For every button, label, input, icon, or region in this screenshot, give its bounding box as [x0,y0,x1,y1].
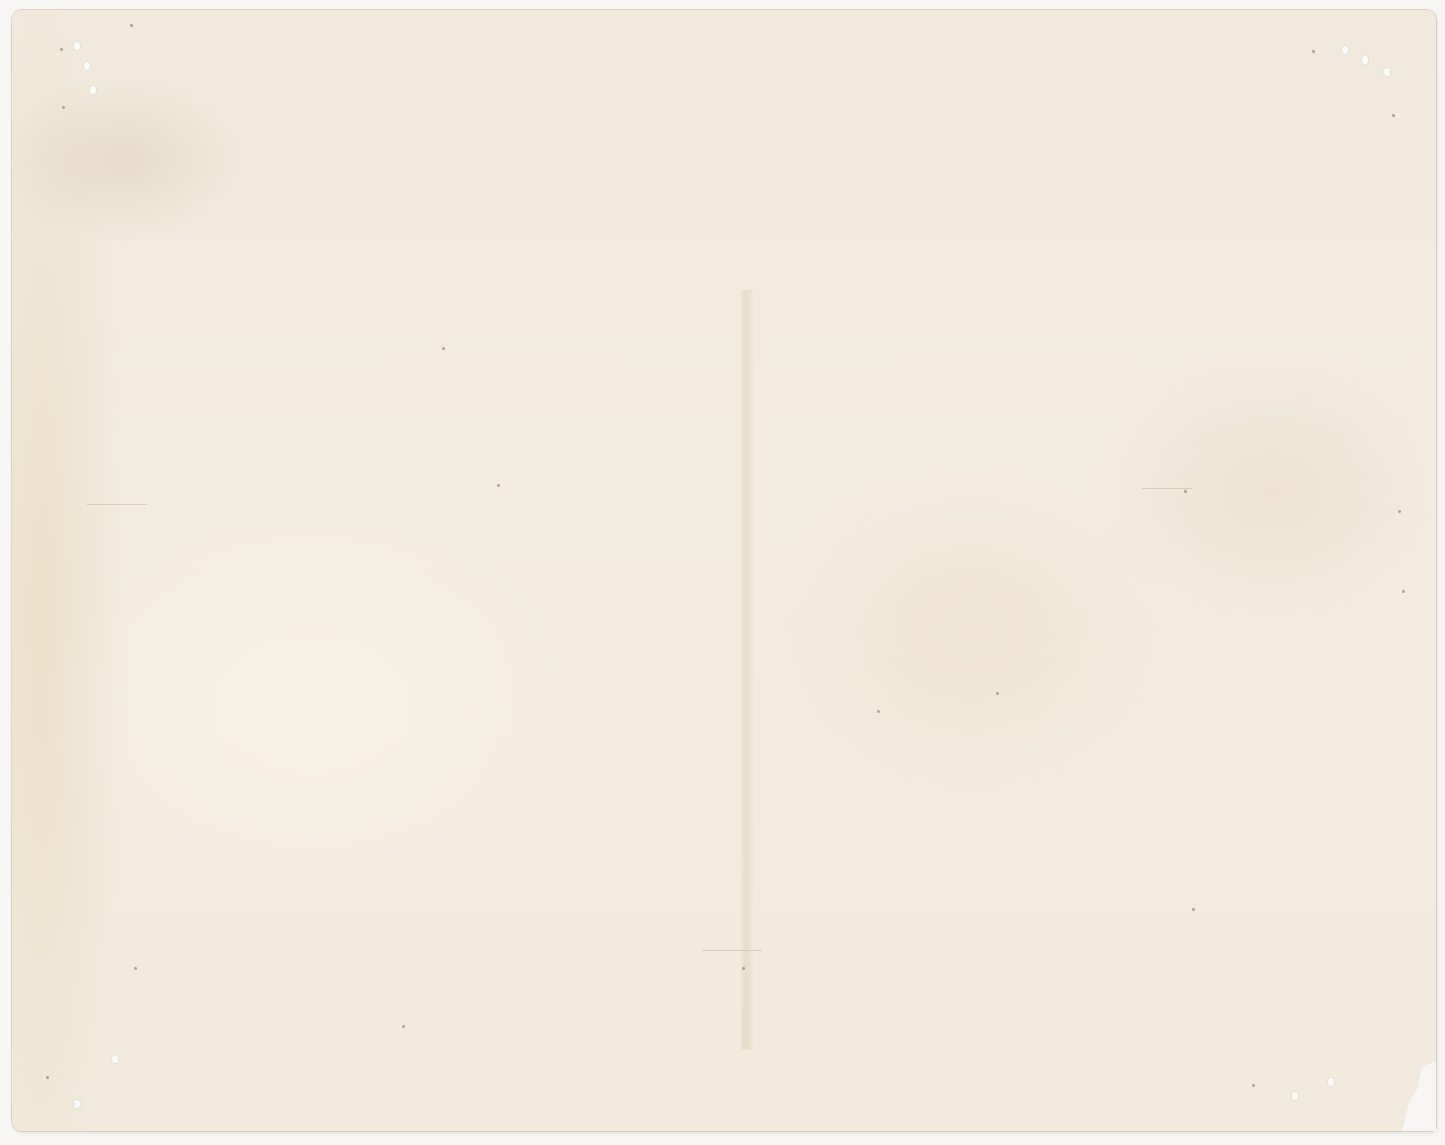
paper-wear-mark [1328,1078,1334,1086]
paper-wear-mark [1362,56,1368,64]
paper-speck [130,24,133,27]
paper-speck [1184,490,1187,493]
paper-wear-mark [1384,68,1390,76]
paper-speck [742,967,745,970]
blank-paper-sheet [12,10,1436,1131]
center-fold-crease [740,290,754,1050]
paper-wear-mark [74,42,80,50]
paper-wear-mark [74,1100,80,1108]
paper-crease [1142,488,1192,489]
paper-speck [1252,1084,1255,1087]
paper-speck [402,1025,405,1028]
paper-speck [996,692,999,695]
paper-crease [87,504,147,505]
paper-speck [497,484,500,487]
paper-wear-mark [1292,1092,1298,1100]
torn-corner-notch [1402,1061,1436,1131]
paper-crease [702,950,762,951]
paper-speck [1398,510,1401,513]
paper-speck [62,106,65,109]
paper-wear-mark [90,86,96,94]
paper-wear-mark [84,62,90,70]
paper-speck [1402,590,1405,593]
paper-wear-mark [112,1055,118,1063]
paper-speck [46,1076,49,1079]
paper-speck [1192,908,1195,911]
paper-speck [1392,114,1395,117]
paper-speck [442,347,445,350]
paper-speck [1312,50,1315,53]
paper-speck [877,710,880,713]
paper-speck [134,967,137,970]
paper-speck [60,48,63,51]
paper-wear-mark [1342,46,1348,54]
